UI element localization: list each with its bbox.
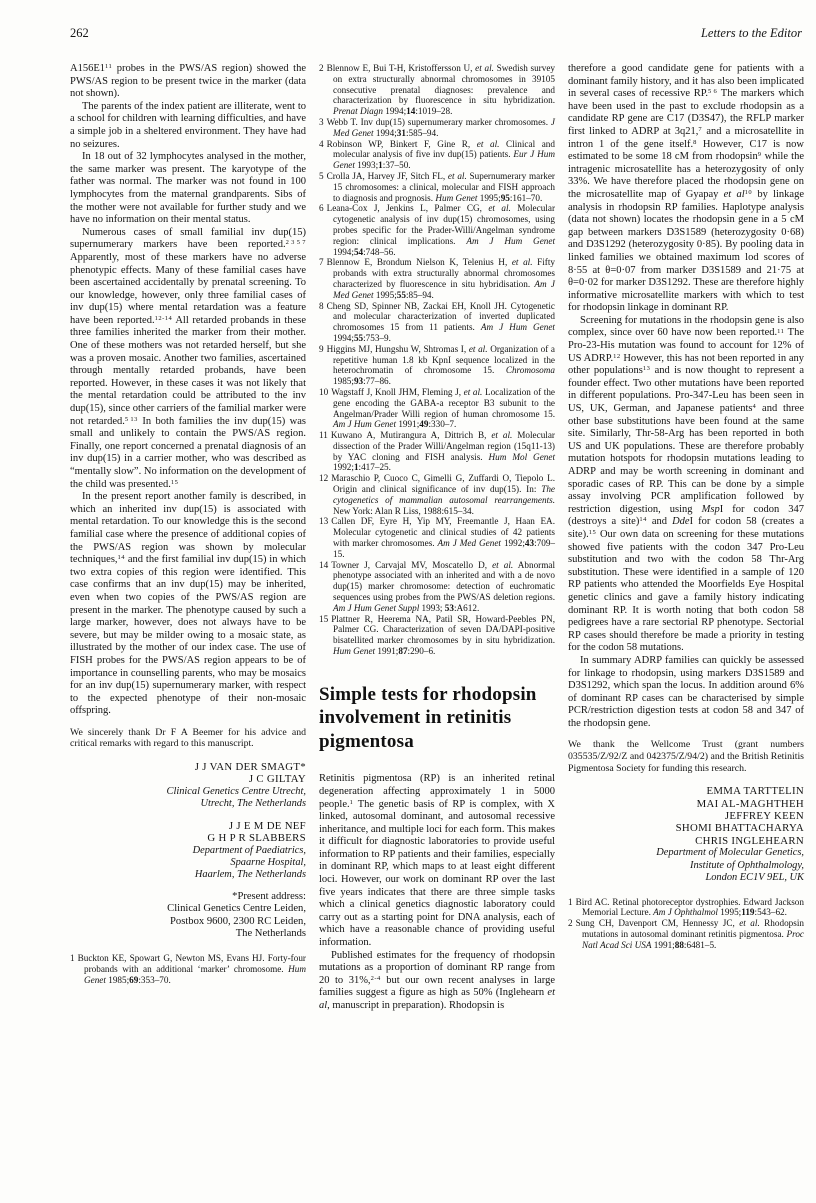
signature-line: The Netherlands [70,928,306,940]
reference-number: 5 [319,171,324,181]
reference-item: 7Blennow E, Brondum Nielson K, Telenius … [319,257,555,300]
column-2: 2Blennow E, Bui T-H, Kristoffersson U, e… [319,63,555,1013]
reference-number: 15 [319,614,328,624]
reference-item: 5Crolla JA, Harvey JF, Sitch FL, et al. … [319,171,555,203]
signature-line: J J VAN DER SMAGT* [70,761,306,773]
reference-item: 9Higgins MJ, Hungshu W, Shtromas I, et a… [319,344,555,387]
three-column-layout: A156E111 probes in the PWS/AS region) sh… [70,63,804,1013]
reference-item: 10Wagstaff J, Knoll JHM, Fleming J, et a… [319,387,555,430]
signature-line: MAI AL-MAGHTHEH [568,798,804,810]
reference-number: 9 [319,344,324,354]
signature-line: Institute of Ophthalmology, [568,860,804,872]
letter1-reference-list: 1Buckton KE, Spowart G, Newton MS, Evans… [70,953,306,985]
letter1-body: A156E111 probes in the PWS/AS region) sh… [70,63,306,718]
signature-line: Clinical Genetics Centre Leiden, [70,903,306,915]
signature-line: J J E M DE NEF [70,820,306,832]
reference-item: 2Sung CH, Davenport CM, Hennessy JC, et … [568,918,804,950]
reference-item: 14Towner J, Carvajal MV, Moscatello D, e… [319,560,555,614]
reference-text: Blennow E, Brondum Nielson K, Telenius H… [327,257,555,299]
letter2-body-col2: Retinitis pigmentosa (RP) is an inherite… [319,773,555,1012]
reference-text: Buckton KE, Spowart G, Newton MS, Evans … [78,953,306,985]
reference-text: Plattner R, Heerema NA, Patil SR, Howard… [331,614,555,656]
signature-line: Department of Paediatrics, [70,845,306,857]
reference-number: 11 [319,430,328,440]
reference-number: 2 [319,63,324,73]
reference-number: 14 [319,560,328,570]
page-number: 262 [70,26,89,41]
reference-number: 4 [319,139,324,149]
paragraph: Screening for mutations in the rhodopsin… [568,315,804,655]
reference-number: 1 [568,897,573,907]
reference-text: Maraschio P, Cuoco C, Gimelli G, Zuffard… [331,473,555,515]
reference-item: 13Callen DF, Eyre H, Yip MY, Freemantle … [319,516,555,559]
signature-line: London EC1V 9EL, UK [568,872,804,884]
signature-line: Department of Molecular Genetics, [568,847,804,859]
reference-text: Leana-Cox J, Jenkins L, Palmer CG, et al… [327,203,555,256]
column-3: therefore a good candidate gene for pati… [568,63,804,1013]
signature-line: Haarlem, The Netherlands [70,869,306,881]
reference-number: 12 [319,473,328,483]
letter2-signature-block: EMMA TARTTELIN MAI AL-MAGHTHEH JEFFREY K… [568,785,804,884]
reference-number: 2 [568,918,573,928]
reference-item: 15Plattner R, Heerema NA, Patil SR, Howa… [319,614,555,657]
reference-item: 11Kuwano A, Mutirangura A, Dittrich B, e… [319,430,555,473]
signature-line: CHRIS INGLEHEARN [568,835,804,847]
signature-line: SHOMI BHATTACHARYA [568,822,804,834]
reference-number: 6 [319,203,324,213]
reference-item: 1Bird AC. Retinal photoreceptor dystroph… [568,897,804,919]
signature-line: Postbox 9600, 2300 RC Leiden, [70,916,306,928]
reference-text: Cheng SD, Spinner NB, Zackai EH, Knoll J… [327,301,555,343]
reference-item: 4Robinson WP, Binkert F, Gine R, et al. … [319,139,555,171]
paragraph: A156E111 probes in the PWS/AS region) sh… [70,63,306,101]
reference-text: Wagstaff J, Knoll JHM, Fleming J, et al.… [331,387,555,429]
signature-line: EMMA TARTTELIN [568,785,804,797]
signature-line: *Present address: [70,891,306,903]
reference-number: 8 [319,301,324,311]
reference-number: 7 [319,257,324,267]
reference-text: Blennow E, Bui T-H, Kristoffersson U, et… [327,63,555,116]
paragraph: Retinitis pigmentosa (RP) is an inherite… [319,773,555,949]
reference-text: Crolla JA, Harvey JF, Sitch FL, et al. S… [327,171,555,203]
reference-text: Bird AC. Retinal photoreceptor dystrophi… [576,897,804,918]
reference-text: Robinson WP, Binkert F, Gine R, et al. C… [327,139,555,171]
paragraph: In summary ADRP families can quickly be … [568,655,804,731]
reference-item: 12Maraschio P, Cuoco C, Gimelli G, Zuffa… [319,473,555,516]
reference-item: 2Blennow E, Bui T-H, Kristoffersson U, e… [319,63,555,117]
reference-item: 3Webb T. Inv dup(15) supernumerary marke… [319,117,555,139]
journal-page: 262 Letters to the Editor A156E111 probe… [0,0,816,1203]
letter1-reference-list-continued: 2Blennow E, Bui T-H, Kristoffersson U, e… [319,63,555,657]
paragraph: In the present report another family is … [70,491,306,718]
paragraph: Published estimates for the frequency of… [319,950,555,1013]
reference-text: Callen DF, Eyre H, Yip MY, Freemantle J,… [331,516,555,558]
letter2-reference-list: 1Bird AC. Retinal photoreceptor dystroph… [568,897,804,951]
signature-line: Clinical Genetics Centre Utrecht, [70,786,306,798]
reference-number: 1 [70,953,75,963]
letter1-acknowledgement: We sincerely thank Dr F A Beemer for his… [70,727,306,750]
letter2-body-col3: therefore a good candidate gene for pati… [568,63,804,730]
paragraph: therefore a good candidate gene for pati… [568,63,804,315]
reference-number: 10 [319,387,328,397]
reference-number: 3 [319,117,324,127]
paragraph: The parents of the index patient are ill… [70,101,306,151]
reference-item: 8Cheng SD, Spinner NB, Zackai EH, Knoll … [319,301,555,344]
reference-text: Towner J, Carvajal MV, Moscatello D, et … [331,560,555,613]
signature-line: JEFFREY KEEN [568,810,804,822]
reference-text: Webb T. Inv dup(15) supernumerary marker… [327,117,555,138]
letter2-acknowledgement: We thank the Wellcome Trust (grant numbe… [568,739,804,774]
signature-line: J C GILTAY [70,773,306,785]
reference-text: Higgins MJ, Hungshu W, Shtromas I, et al… [327,344,555,386]
page-header: 262 Letters to the Editor [70,26,804,41]
letter1-signature-block: J J VAN DER SMAGT* J C GILTAY Clinical G… [70,761,306,940]
reference-number: 13 [319,516,328,526]
letter2-title: Simple tests for rhodopsin involvement i… [319,683,555,754]
signature-line: Spaarne Hospital, [70,857,306,869]
reference-text: Kuwano A, Mutirangura A, Dittrich B, et … [331,430,555,472]
reference-item: 6Leana-Cox J, Jenkins L, Palmer CG, et a… [319,203,555,257]
paragraph: In 18 out of 32 lymphocytes analysed in … [70,151,306,227]
reference-text: Sung CH, Davenport CM, Hennessy JC, et a… [576,918,804,950]
paragraph: Numerous cases of small familial inv dup… [70,227,306,491]
column-1: A156E111 probes in the PWS/AS region) sh… [70,63,306,1013]
signature-line: G H P R SLABBERS [70,832,306,844]
reference-item: 1Buckton KE, Spowart G, Newton MS, Evans… [70,953,306,985]
running-title: Letters to the Editor [701,26,802,41]
signature-line: Utrecht, The Netherlands [70,798,306,810]
